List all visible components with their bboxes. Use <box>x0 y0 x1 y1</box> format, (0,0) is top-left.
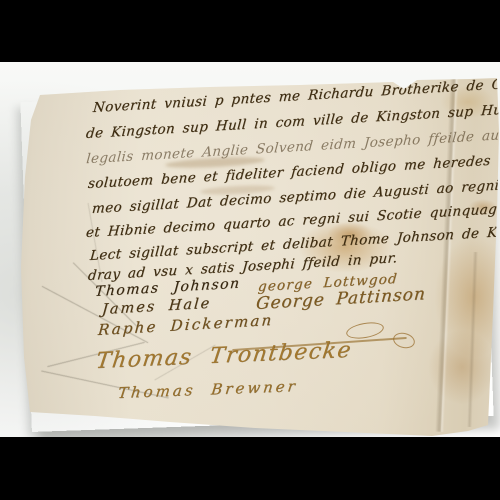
flourish-curl <box>392 331 417 351</box>
fold-crease <box>467 252 478 427</box>
letterbox-top <box>0 0 500 62</box>
letterbox-bottom <box>0 437 500 500</box>
signature-thomas-trontbecke: Thomas Trontbecke <box>94 338 353 374</box>
screenshot-root: Noverint vniusi p pntes me Richardu Brot… <box>0 0 500 500</box>
parchment: Noverint vniusi p pntes me Richardu Brot… <box>0 62 500 437</box>
manuscript-photo: Noverint vniusi p pntes me Richardu Brot… <box>0 62 500 437</box>
signature-thomas-brewner: Thomas Brewner <box>117 377 299 402</box>
